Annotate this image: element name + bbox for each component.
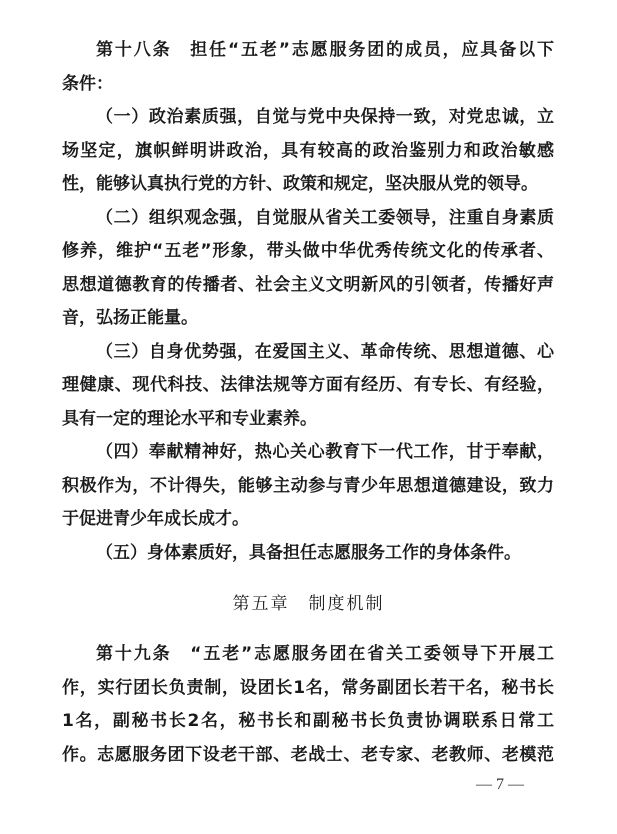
item-2-line-3: 思想道德教育的传播者、社会主义文明新风的引领者，传播好声 — [62, 273, 554, 297]
item-3-line-2: 理健康、现代科技、法律法规等方面有经历、有专长、有经验， — [62, 373, 554, 397]
item-4-line-1: （四）奉献精神好，热心关心教育下一代工作，甘于奉献， — [96, 440, 554, 464]
article-19-line-4: 作。志愿服务团下设老干部、老战士、老专家、老教师、老模范 — [62, 743, 554, 767]
item-2-line-1: （二）组织观念强，自觉服从省关工委领导，注重自身素质 — [96, 206, 554, 230]
article-18-line-1: 第十八条 担任“五老”志愿服务团的成员，应具备以下 — [96, 38, 554, 62]
item-1-line-2: 场坚定，旗帜鲜明讲政治，具有较高的政治鉴别力和政治敏感 — [62, 139, 554, 163]
item-5-line-1: （五）身体素质好，具备担任志愿服务工作的身体条件。 — [96, 541, 554, 565]
document-page: 第十八条 担任“五老”志愿服务团的成员，应具备以下 条件： （一）政治素质强，自… — [0, 0, 617, 834]
item-4-line-3: 于促进青少年成长成才。 — [62, 507, 554, 531]
article-18-line-2: 条件： — [62, 72, 554, 96]
item-3-line-3: 具有一定的理论水平和专业素养。 — [62, 407, 554, 431]
page-number: — 7 — — [476, 776, 524, 794]
item-1-line-3: 性，能够认真执行党的方针、政策和规定，坚决服从党的领导。 — [62, 172, 554, 196]
article-19-line-2: 作，实行团长负责制，设团长1名，常务副团长若干名，秘书长 — [62, 676, 554, 700]
chapter-heading: 第五章 制度机制 — [0, 592, 617, 616]
item-2-line-2: 修养，维护“五老”形象，带头做中华优秀传统文化的传承者、 — [62, 239, 554, 263]
article-19-line-3: 1名，副秘书长2名，秘书长和副秘书长负责协调联系日常工 — [62, 709, 554, 733]
item-1-line-1: （一）政治素质强，自觉与党中央保持一致，对党忠诚，立 — [96, 105, 554, 129]
article-19-line-1: 第十九条 “五老”志愿服务团在省关工委领导下开展工 — [96, 642, 554, 666]
item-4-line-2: 积极作为，不计得失，能够主动参与青少年思想道德建设，致力 — [62, 474, 554, 498]
item-2-line-4: 音，弘扬正能量。 — [62, 306, 554, 330]
item-3-line-1: （三）自身优势强，在爱国主义、革命传统、思想道德、心 — [96, 340, 554, 364]
